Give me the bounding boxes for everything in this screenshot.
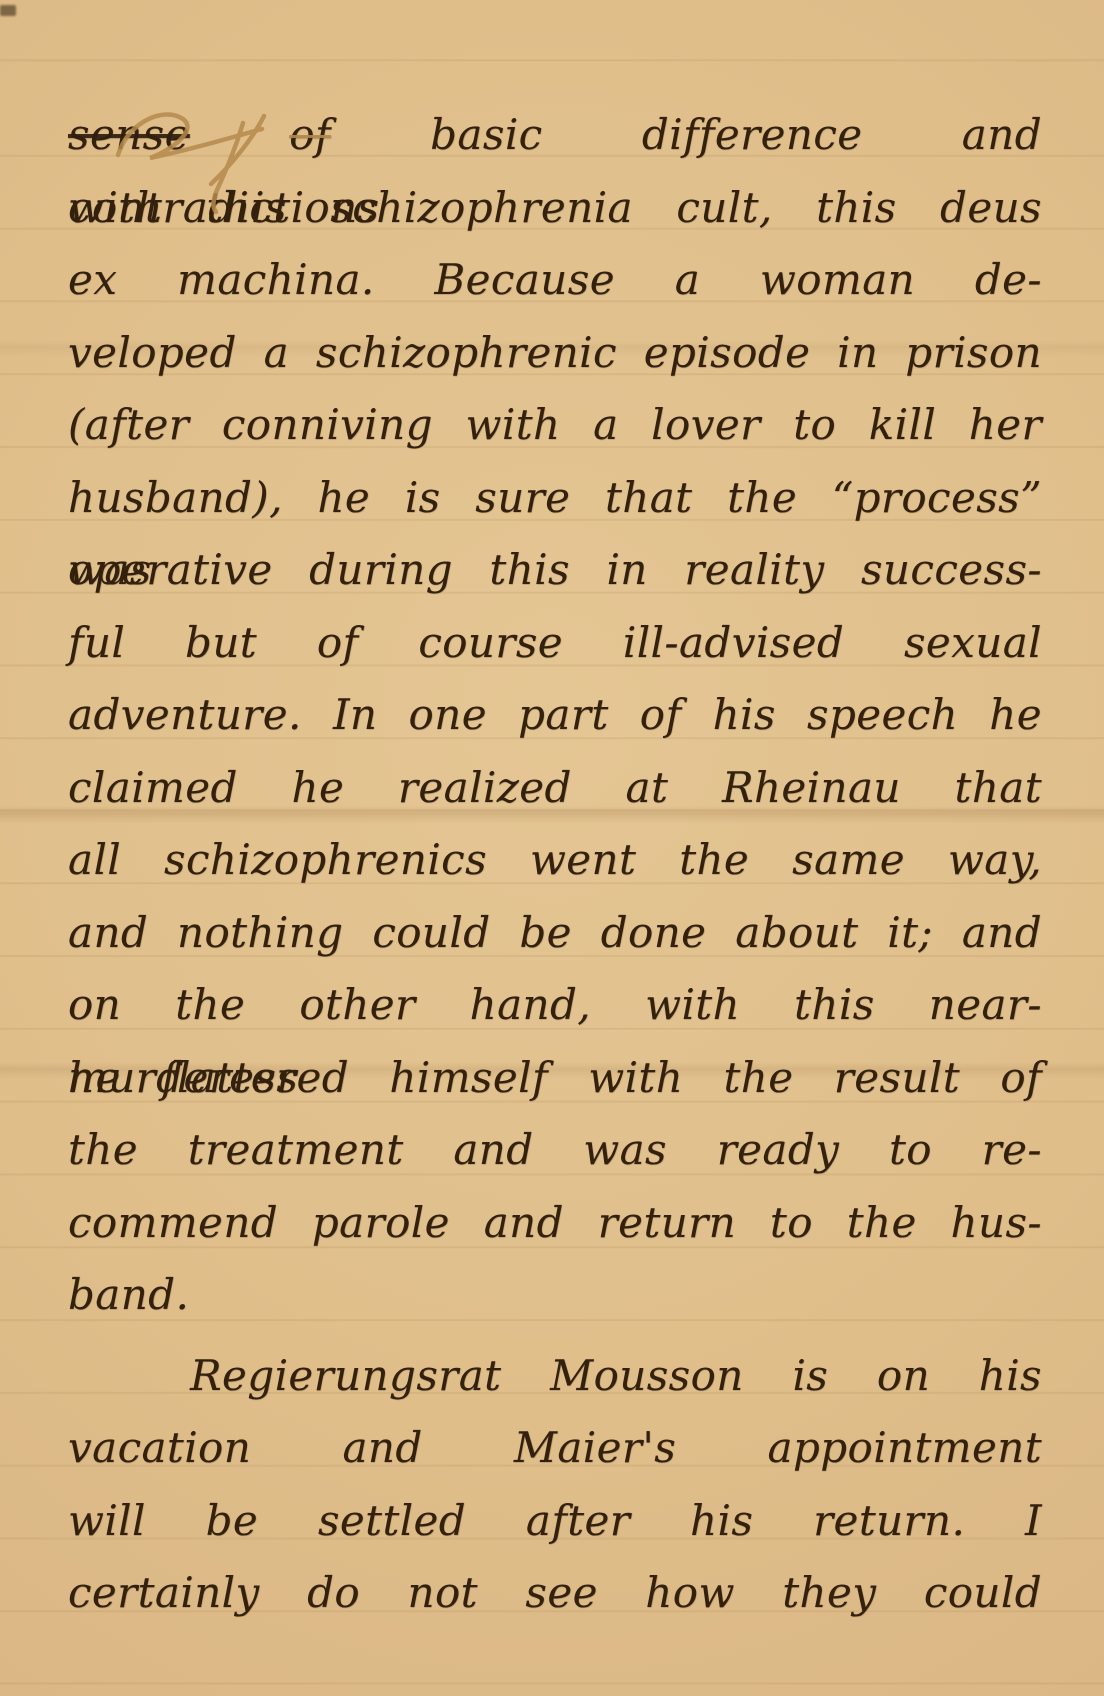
struck-text: of	[289, 110, 331, 159]
handwritten-line: commend parole and return to the hus-	[68, 1187, 1042, 1260]
handwritten-line: claimed he realized at Rheinau that	[68, 752, 1042, 825]
handwritten-line: sense of basic difference and contradict…	[68, 99, 1042, 172]
handwritten-line: will be settled after his return. I	[68, 1485, 1042, 1558]
handwritten-text-segment: will be settled after his return. I	[68, 1496, 1042, 1545]
handwritten-line: on the other hand, with this near-murder…	[68, 969, 1042, 1042]
handwritten-text-segment: vacation and Maier's appointment	[68, 1423, 1042, 1472]
handwritten-line: band.	[68, 1259, 1042, 1332]
handwritten-text-segment: adventure. In one part of his speech he	[68, 690, 1042, 739]
handwritten-text-segment: (after conniving with a lover to kill he…	[68, 400, 1042, 449]
handwritten-text-segment: operative during this in reality success…	[68, 545, 1042, 594]
handwritten-text-segment: he flattered himself with the result of	[68, 1053, 1042, 1102]
handwritten-text-segment: ex machina. Because a woman de-	[68, 255, 1042, 304]
handwritten-line: and nothing could be done about it; and	[68, 897, 1042, 970]
handwritten-text-segment	[190, 110, 289, 159]
handwritten-line: all schizophrenics went the same way,	[68, 824, 1042, 897]
handwritten-text-segment: all schizophrenics went the same way,	[68, 835, 1042, 884]
handwritten-line: veloped a schizophrenic episode in priso…	[68, 317, 1042, 390]
handwritten-line: the treatment and was ready to re-	[68, 1114, 1042, 1187]
handwritten-line: adventure. In one part of his speech he	[68, 679, 1042, 752]
handwritten-text-segment: Regierungsrat Mousson is on his	[190, 1351, 1042, 1400]
handwritten-line: vacation and Maier's appointment	[68, 1412, 1042, 1485]
handwritten-line: certainly do not see how they could	[68, 1557, 1042, 1630]
handwritten-line: husband), he is sure that the “process” …	[68, 462, 1042, 535]
handwritten-line: ex machina. Because a woman de-	[68, 244, 1042, 317]
handwritten-line: operative during this in reality success…	[68, 534, 1042, 607]
paragraph: Regierungsrat Mousson is on hisvacation …	[68, 1340, 1042, 1630]
handwritten-line: Regierungsrat Mousson is on his	[68, 1340, 1042, 1413]
handwritten-text-segment: with this schizophrenia cult, this deus	[68, 183, 1042, 232]
struck-text: sense	[68, 110, 190, 159]
handwritten-text-segment: commend parole and return to the hus-	[68, 1198, 1042, 1247]
handwritten-text-segment: claimed he realized at Rheinau that	[68, 763, 1042, 812]
paragraph: sense of basic difference and contradict…	[68, 99, 1042, 1332]
handwritten-line: he flattered himself with the result of	[68, 1042, 1042, 1115]
page-edge-mark	[0, 5, 16, 16]
handwritten-line: (after conniving with a lover to kill he…	[68, 389, 1042, 462]
handwritten-text-segment: and nothing could be done about it; and	[68, 908, 1042, 957]
letter-page: sense of basic difference and contradict…	[0, 0, 1104, 1696]
handwritten-text-segment: the treatment and was ready to re-	[68, 1125, 1042, 1174]
handwritten-text-segment: band.	[68, 1270, 189, 1319]
handwritten-text-segment: ful but of course ill-advised sexual	[68, 618, 1042, 667]
handwritten-text-segment: certainly do not see how they could	[68, 1568, 1042, 1617]
handwritten-line: ful but of course ill-advised sexual	[68, 607, 1042, 680]
handwritten-text-segment: veloped a schizophrenic episode in priso…	[68, 328, 1042, 377]
handwritten-line: with this schizophrenia cult, this deus	[68, 172, 1042, 245]
handwriting-text: sense of basic difference and contradict…	[68, 99, 1042, 1630]
